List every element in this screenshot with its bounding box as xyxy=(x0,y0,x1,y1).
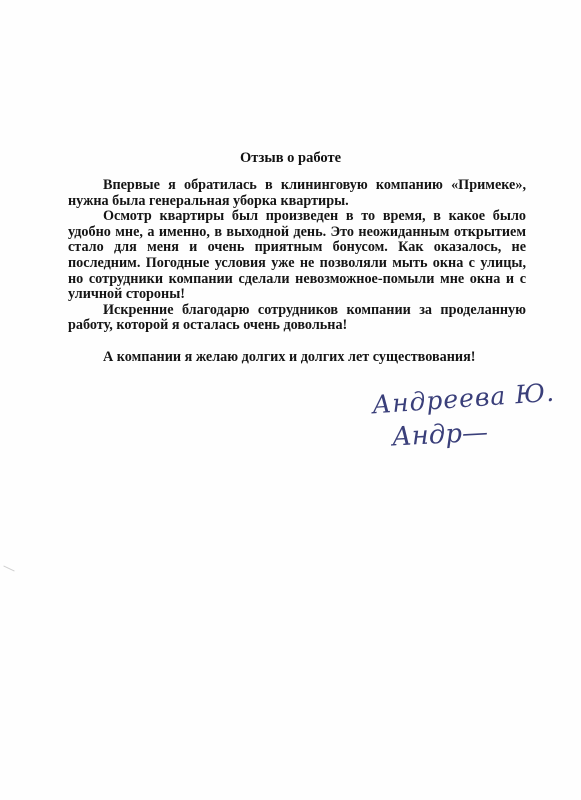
paragraph-2: Осмотр квартиры был произведен в то врем… xyxy=(68,209,526,303)
paragraph-3: Искренние благодарю сотрудников компании… xyxy=(68,303,526,334)
closing-line: А компании я желаю долгих и долгих лет с… xyxy=(68,350,526,366)
document-body: Впервые я обратилась в клининговую компа… xyxy=(68,178,526,365)
signature-name: Андреева Ю. xyxy=(371,378,556,420)
signature-scribble: Андр— xyxy=(391,418,488,453)
document-title: Отзыв о работе xyxy=(0,150,581,167)
scan-artifact xyxy=(3,566,14,572)
scanned-page: Отзыв о работе Впервые я обратилась в кл… xyxy=(0,0,581,800)
paragraph-1: Впервые я обратилась в клининговую компа… xyxy=(68,178,526,209)
